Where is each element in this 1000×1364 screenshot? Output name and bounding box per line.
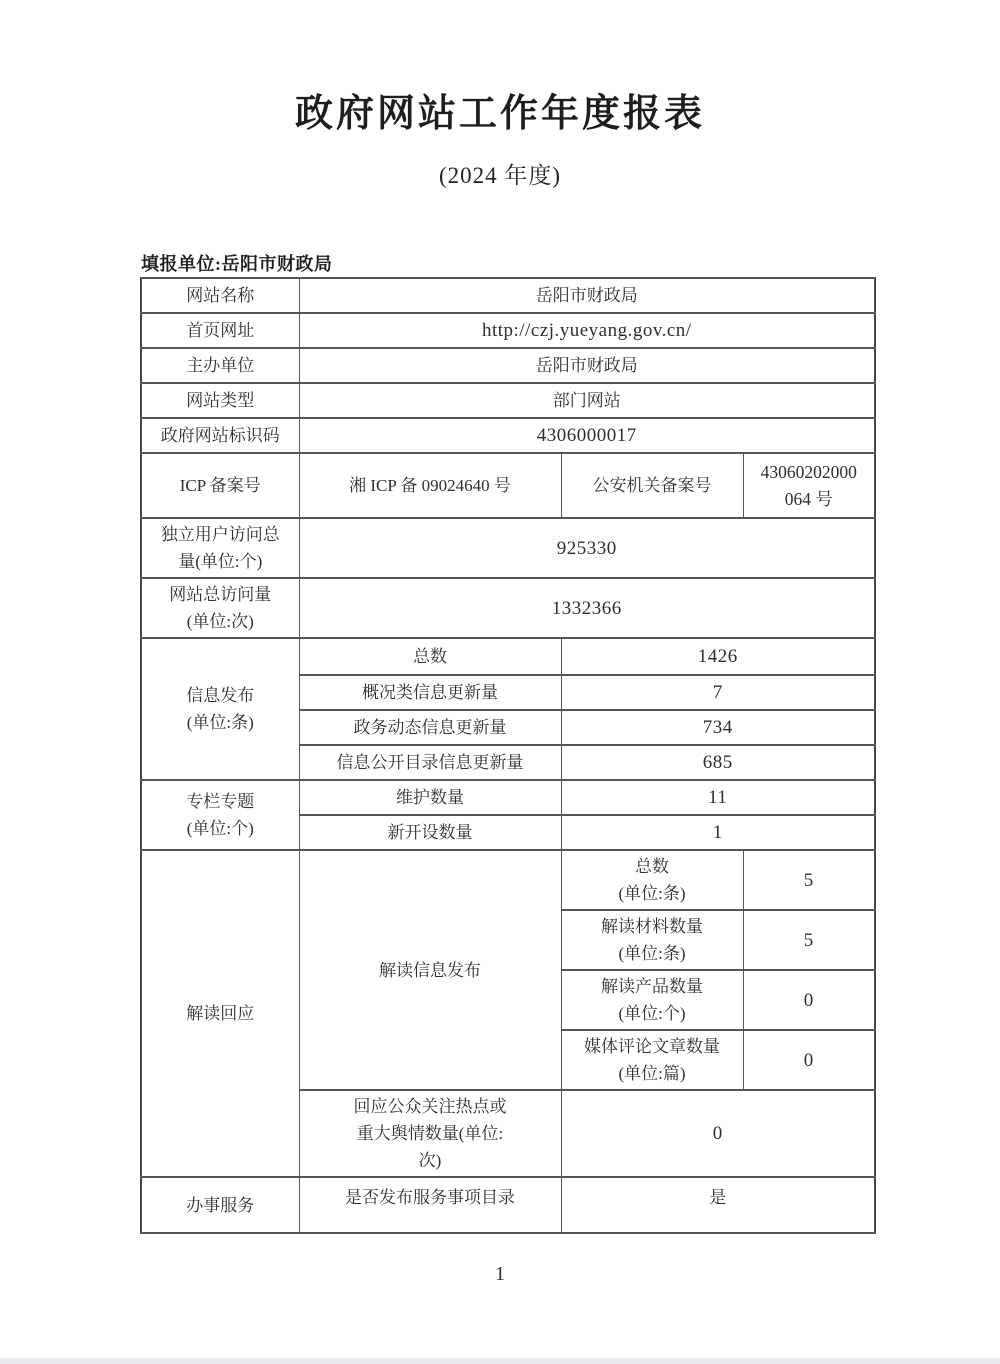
overview-update-value: 7 xyxy=(561,675,875,710)
page-bottom-edge xyxy=(0,1358,1000,1364)
row-organizer: 主办单位 岳阳市财政局 xyxy=(141,348,875,383)
row-site-code: 政府网站标识码 4306000017 xyxy=(141,418,875,453)
interpret-products-value: 0 xyxy=(743,970,875,1030)
site-code-label: 政府网站标识码 xyxy=(141,418,299,453)
topics-maintained-value: 11 xyxy=(561,780,875,815)
media-comments-label: 媒体评论文章数量 (单位:篇) xyxy=(561,1030,743,1090)
open-catalog-update-value: 685 xyxy=(561,745,875,780)
police-record-value: 43060202000 064 号 xyxy=(743,453,875,518)
topics-group-label: 专栏专题 (单位:个) xyxy=(141,780,299,850)
interpretation-group-label: 解读回应 xyxy=(141,850,299,1177)
row-info-publish-total: 信息发布 (单位:条) 总数 1426 xyxy=(141,638,875,675)
row-unique-visitors: 独立用户访问总 量(单位:个) 925330 xyxy=(141,518,875,578)
organizer-value: 岳阳市财政局 xyxy=(299,348,875,383)
site-name-label: 网站名称 xyxy=(141,278,299,313)
annual-report-table: 网站名称 岳阳市财政局 首页网址 http://czj.yueyang.gov.… xyxy=(140,277,876,1234)
row-site-type: 网站类型 部门网站 xyxy=(141,383,875,418)
service-group-label: 办事服务 xyxy=(141,1177,299,1233)
unique-visitors-label: 独立用户访问总 量(单位:个) xyxy=(141,518,299,578)
info-publish-total-label: 总数 xyxy=(299,638,561,675)
home-url-value: http://czj.yueyang.gov.cn/ xyxy=(299,313,875,348)
site-name-value: 岳阳市财政局 xyxy=(299,278,875,313)
site-type-value: 部门网站 xyxy=(299,383,875,418)
filer-unit-line: 填报单位:岳阳市财政局 xyxy=(141,250,333,276)
gov-news-update-value: 734 xyxy=(561,710,875,745)
report-page: 政府网站工作年度报表 (2024 年度) 填报单位:岳阳市财政局 网站名称 岳阳… xyxy=(0,0,1000,1364)
topics-maintained-label: 维护数量 xyxy=(299,780,561,815)
interpret-materials-label: 解读材料数量 (单位:条) xyxy=(561,910,743,970)
total-visits-value: 1332366 xyxy=(299,578,875,638)
interpret-products-label: 解读产品数量 (单位:个) xyxy=(561,970,743,1030)
row-total-visits: 网站总访问量 (单位:次) 1332366 xyxy=(141,578,875,638)
public-response-value: 0 xyxy=(561,1090,875,1177)
info-publish-group-label: 信息发布 (单位:条) xyxy=(141,638,299,780)
row-site-name: 网站名称 岳阳市财政局 xyxy=(141,278,875,313)
open-catalog-update-label: 信息公开目录信息更新量 xyxy=(299,745,561,780)
gov-news-update-label: 政务动态信息更新量 xyxy=(299,710,561,745)
organizer-label: 主办单位 xyxy=(141,348,299,383)
total-visits-label: 网站总访问量 (单位:次) xyxy=(141,578,299,638)
unique-visitors-value: 925330 xyxy=(299,518,875,578)
interpret-publish-label: 解读信息发布 xyxy=(299,850,561,1090)
interpret-total-label: 总数 (单位:条) xyxy=(561,850,743,910)
page-title: 政府网站工作年度报表 xyxy=(0,82,1000,137)
overview-update-label: 概况类信息更新量 xyxy=(299,675,561,710)
page-subtitle: (2024 年度) xyxy=(0,157,1000,190)
icp-label: ICP 备案号 xyxy=(141,453,299,518)
row-icp: ICP 备案号 湘 ICP 备 09024640 号 公安机关备案号 43060… xyxy=(141,453,875,518)
service-catalog-value: 是 xyxy=(561,1177,875,1233)
row-home-url: 首页网址 http://czj.yueyang.gov.cn/ xyxy=(141,313,875,348)
police-record-label: 公安机关备案号 xyxy=(561,453,743,518)
info-publish-total-value: 1426 xyxy=(561,638,875,675)
media-comments-value: 0 xyxy=(743,1030,875,1090)
site-type-label: 网站类型 xyxy=(141,383,299,418)
icp-value: 湘 ICP 备 09024640 号 xyxy=(299,453,561,518)
home-url-label: 首页网址 xyxy=(141,313,299,348)
interpret-total-value: 5 xyxy=(743,850,875,910)
site-code-value: 4306000017 xyxy=(299,418,875,453)
row-interpret-total: 解读回应 解读信息发布 总数 (单位:条) 5 xyxy=(141,850,875,910)
interpret-materials-value: 5 xyxy=(743,910,875,970)
service-catalog-label: 是否发布服务事项目录 xyxy=(299,1177,561,1233)
topics-new-label: 新开设数量 xyxy=(299,815,561,850)
topics-new-value: 1 xyxy=(561,815,875,850)
page-number: 1 xyxy=(0,1263,1000,1286)
public-response-label: 回应公众关注热点或 重大舆情数量(单位: 次) xyxy=(299,1090,561,1177)
row-service-catalog: 办事服务 是否发布服务事项目录 是 xyxy=(141,1177,875,1233)
row-topics-maintained: 专栏专题 (单位:个) 维护数量 11 xyxy=(141,780,875,815)
